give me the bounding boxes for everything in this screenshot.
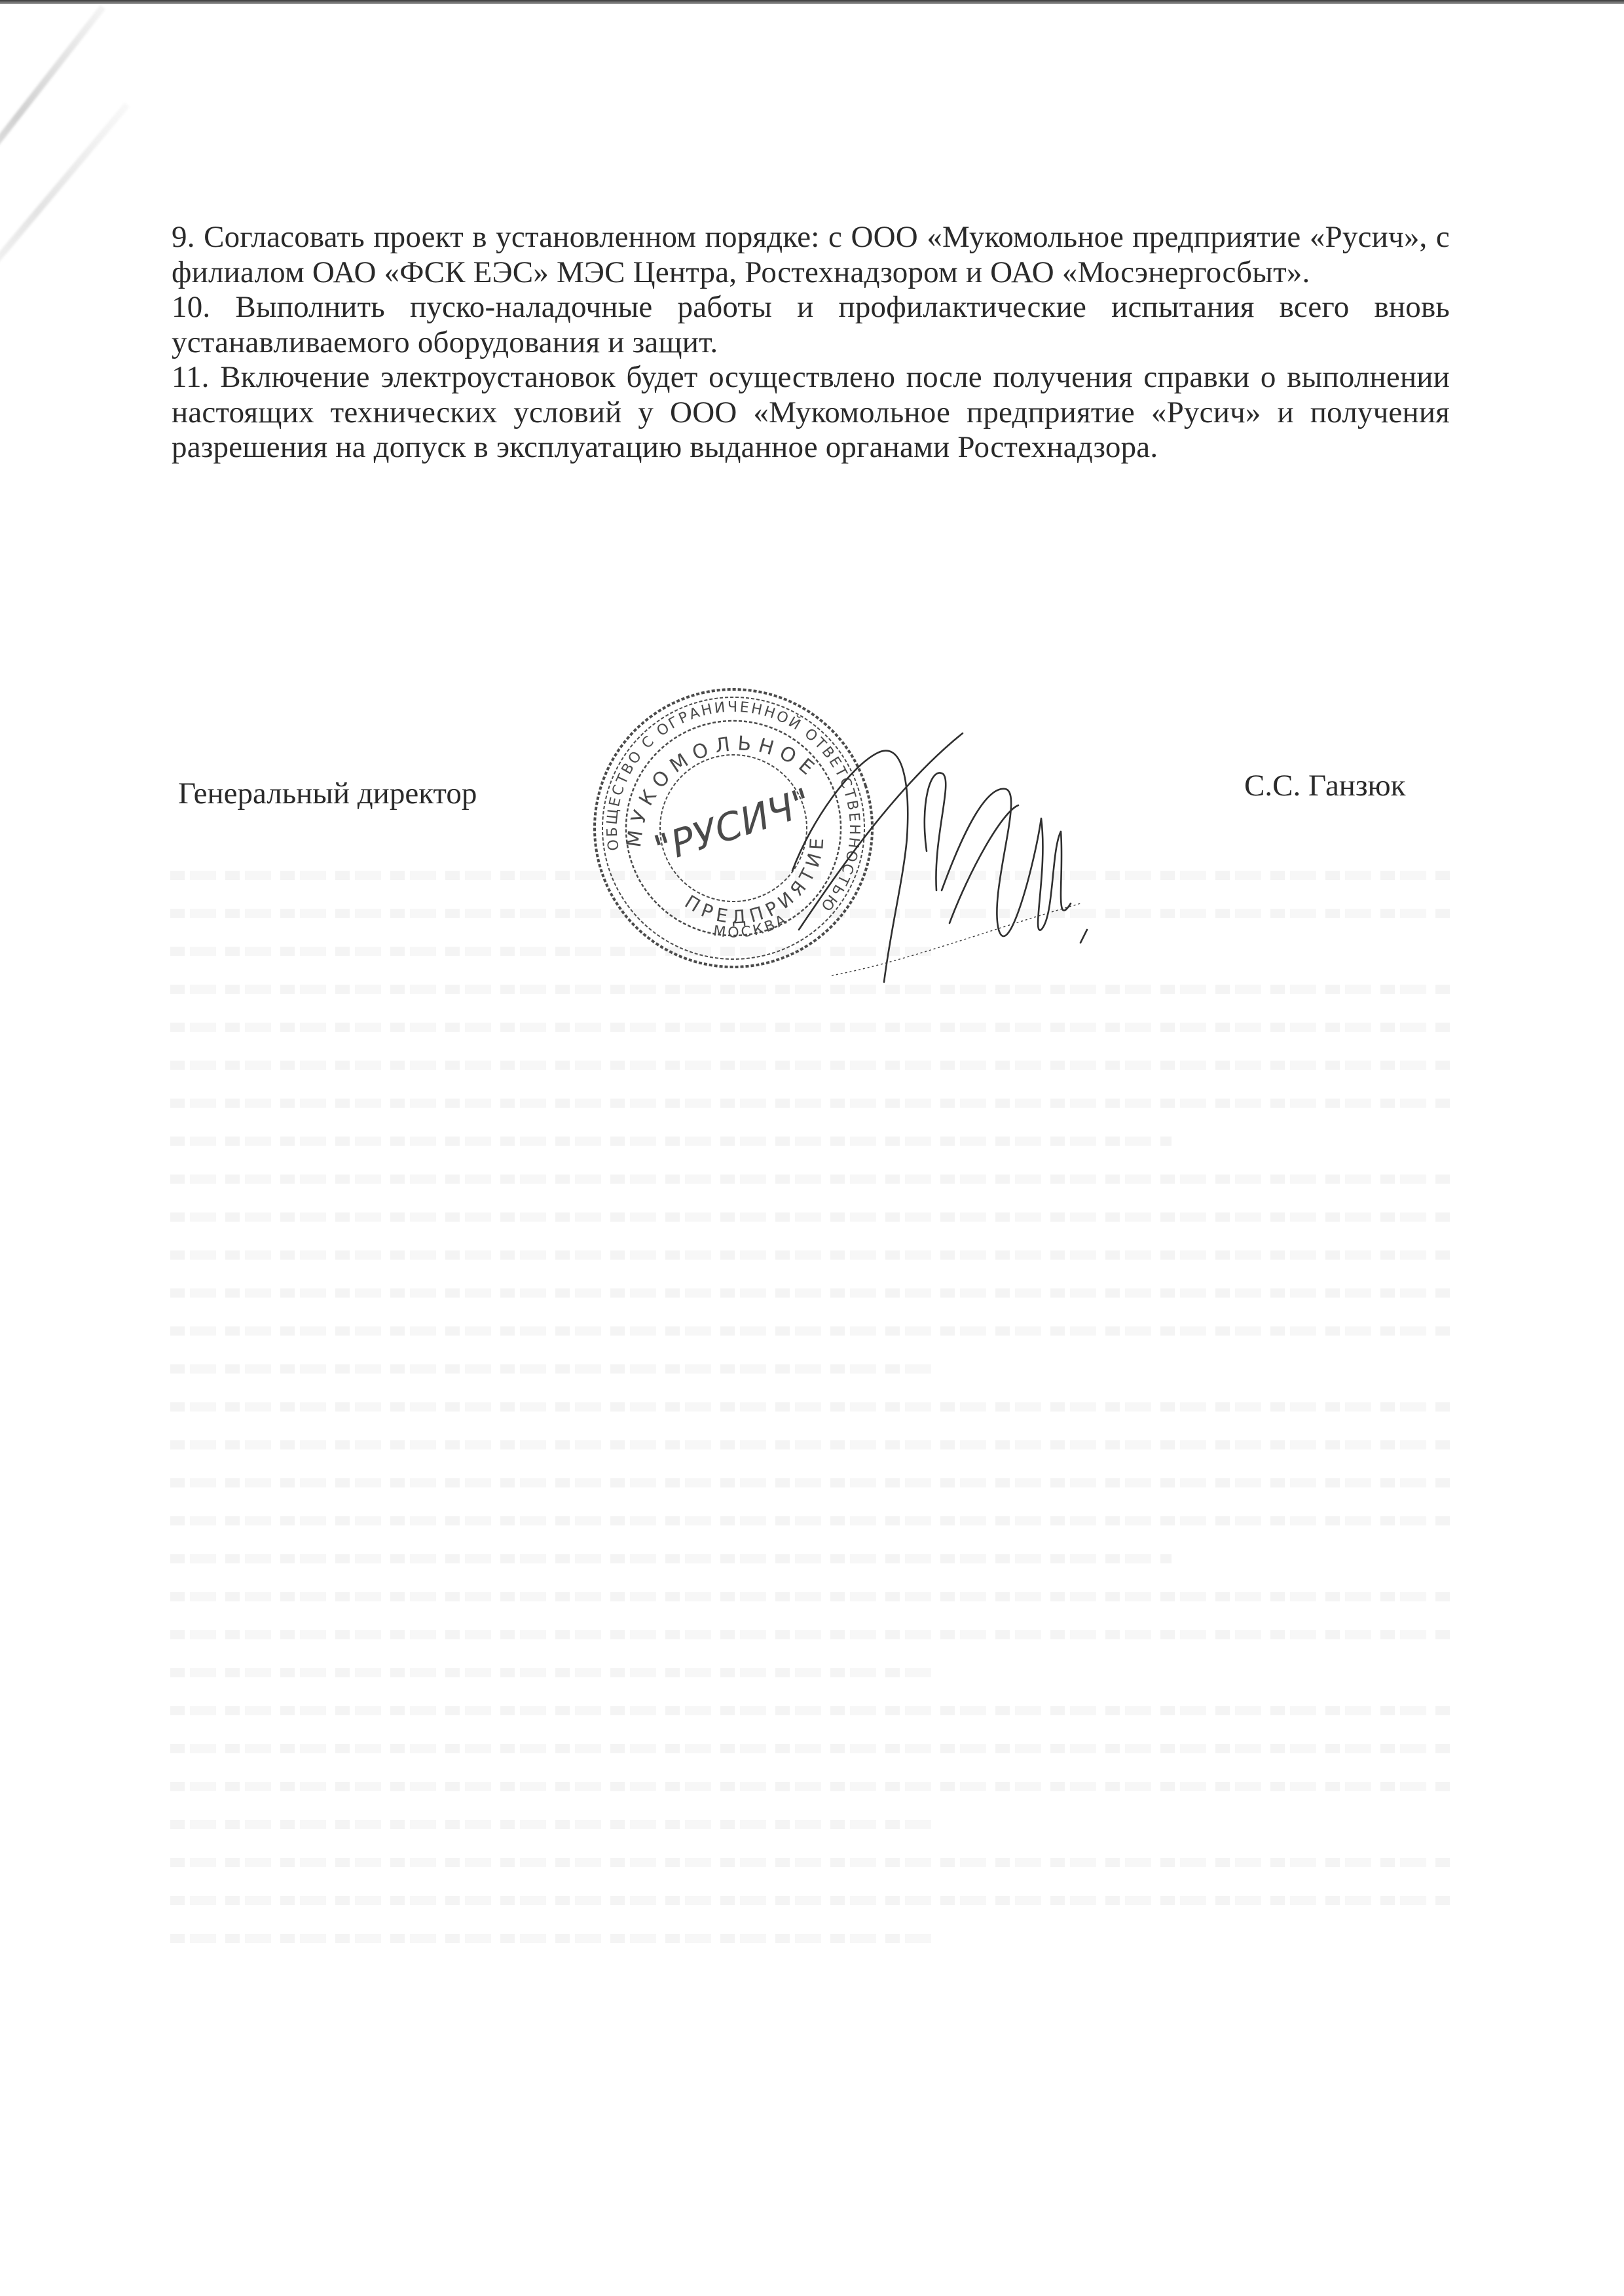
paragraph-10: 10. Выполнить пуско-наладочные работы и … bbox=[172, 290, 1450, 360]
paragraph-9: 9. Согласовать проект в установленном по… bbox=[172, 220, 1450, 290]
handwritten-signature bbox=[773, 655, 1139, 995]
reverse-side-show-through bbox=[170, 871, 1454, 1972]
signer-name: С.С. Ганзюк bbox=[1244, 768, 1405, 803]
paragraph-11: 11. Включение электроустановок будет осу… bbox=[172, 360, 1450, 465]
scan-top-edge bbox=[0, 0, 1624, 4]
document-body: 9. Согласовать проект в установленном по… bbox=[172, 220, 1450, 465]
signer-position: Генеральный директор bbox=[178, 776, 477, 811]
paper-fold-crease bbox=[0, 103, 130, 318]
